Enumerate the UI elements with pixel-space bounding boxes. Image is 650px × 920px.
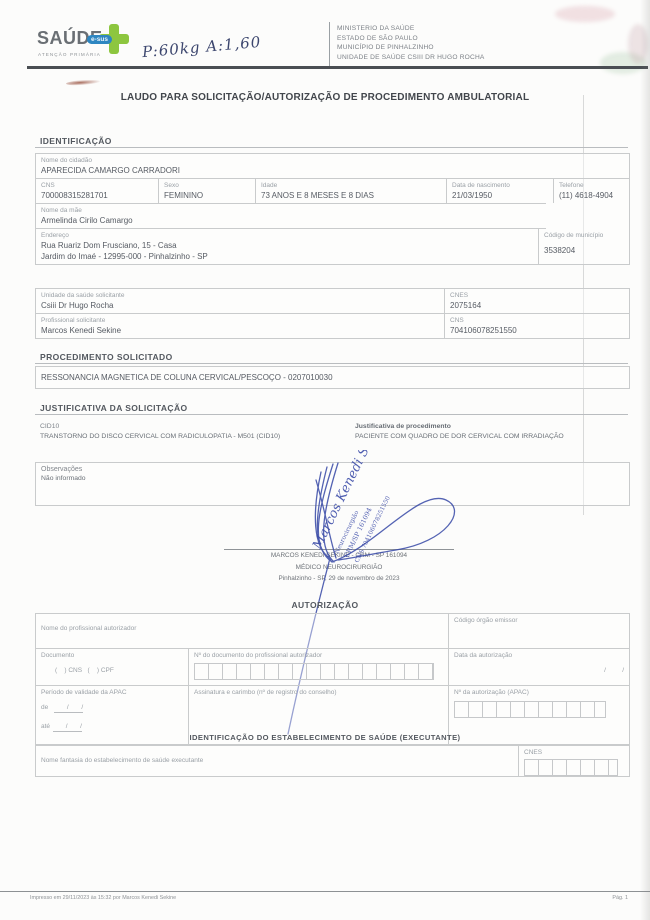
- identification-box: Nome do cidadão APARECIDA CAMARGO CARRAD…: [35, 153, 630, 265]
- signer-name-crm: MARCOS KENEDI SEKINE - CRM - SP 161094: [224, 550, 454, 562]
- field-unidade-solicitante: Unidade da saúde solicitante Csiii Dr Hu…: [36, 289, 444, 314]
- requester-right-col: CNES 2075164 CNS 704106078251550: [444, 289, 629, 338]
- field-nome-mae: Nome da mãe Armelinda Cirilo Camargo: [36, 203, 546, 229]
- field-nascimento: Data de nascimento 21/03/1950: [446, 179, 553, 203]
- field-sexo: Sexo FEMININO: [158, 179, 255, 203]
- section-identificacao: IDENTIFICAÇÃO: [40, 136, 112, 146]
- section-justificativa: JUSTIFICATIVA DA SOLICITAÇÃO: [40, 403, 188, 413]
- executant-box: Nome fantasia do estabelecimento de saúd…: [35, 745, 630, 777]
- section-underline: [35, 363, 628, 364]
- esus-logo-text: e-sus: [87, 35, 112, 44]
- field-num-documento: Nº do documento do profissional autoriza…: [188, 649, 448, 685]
- section-executante: IDENTIFICAÇÃO DO ESTABELECIMENTO DE SAÚD…: [0, 733, 650, 742]
- field-codigo-municipio: Código de município 3538204: [538, 229, 629, 264]
- periodo-de-mask: / /: [54, 703, 83, 713]
- org-line: ESTADO DE SÃO PAULO: [337, 34, 597, 44]
- signer-role: MÉDICO NEUROCIRURGIÃO: [224, 562, 454, 574]
- apac-number-cells: [454, 701, 606, 718]
- requester-box: Unidade da saúde solicitante Csiii Dr Hu…: [35, 288, 630, 339]
- footer-rule: [0, 891, 650, 892]
- field-nome-autorizador: Nome do profissional autorizador: [36, 614, 448, 648]
- procedure-box: RESSONANCIA MAGNETICA DE COLUNA CERVICAL…: [35, 366, 630, 389]
- scan-stain: [555, 6, 615, 22]
- scanned-laudo-document: SAÚDE e-sus ATENÇÃO PRIMÁRIA P:60kg A:1,…: [0, 0, 650, 920]
- signature-typed-block: MARCOS KENEDI SEKINE - CRM - SP 161094 M…: [224, 549, 454, 585]
- section-autorizacao: AUTORIZAÇÃO: [0, 600, 650, 610]
- document-number-cells: [194, 663, 434, 680]
- scan-stain: [628, 24, 648, 64]
- field-justificativa-procedimento: Justificativa de procedimento PACIENTE C…: [350, 420, 628, 444]
- identification-row-4: Endereço Rua Ruariz Dom Frusciano, 15 - …: [36, 229, 629, 264]
- field-data-autorizacao: Data da autorização / /: [448, 649, 629, 685]
- ink-smudge: [66, 79, 100, 86]
- authorization-row-2: Documento ( ) CNS ( ) CPF Nº do document…: [36, 648, 629, 685]
- periodo-ate-mask: / /: [53, 722, 82, 732]
- field-nome-cidadao: Nome do cidadão APARECIDA CAMARGO CARRAD…: [36, 154, 629, 178]
- header-divider: [329, 22, 330, 66]
- section-underline: [35, 147, 628, 148]
- page-title: LAUDO PARA SOLICITAÇÃO/AUTORIZAÇÃO DE PR…: [0, 92, 650, 103]
- identification-row-2: CNS 700008315281701 Sexo FEMININO Idade …: [36, 178, 629, 203]
- field-profissional-solicitante: Profissional solicitante Marcos Kenedi S…: [36, 314, 444, 338]
- documento-checkboxes: ( ) CNS ( ) CPF: [55, 666, 183, 675]
- field-cnes-solicitante: CNES 2075164: [445, 289, 629, 314]
- org-line: UNIDADE DE SAÚDE CSIII DR HUGO ROCHA: [337, 53, 597, 63]
- field-cnes-executante: CNES: [518, 746, 629, 776]
- org-line: MINISTERIO DA SAÚDE: [337, 24, 597, 34]
- field-cns: CNS 700008315281701: [36, 179, 158, 203]
- authorization-box: Nome do profissional autorizador Código …: [35, 613, 630, 745]
- field-idade: Idade 73 ANOS E 8 MESES E 8 DIAS: [255, 179, 446, 203]
- field-telefone: Telefone (11) 4618-4904: [553, 179, 629, 203]
- field-orgao-emissor: Código órgão emissor: [448, 614, 629, 648]
- field-documento: Documento ( ) CNS ( ) CPF: [36, 649, 188, 685]
- field-endereco: Endereço Rua Ruariz Dom Frusciano, 15 - …: [36, 229, 538, 264]
- field-cid10: CID10 TRANSTORNO DO DISCO CERVICAL COM R…: [35, 420, 350, 444]
- data-autorizacao-mask: / /: [454, 666, 624, 675]
- section-underline: [35, 414, 628, 415]
- signature-place-date: Pinhalzinho - SP, 29 de novembro de 2023: [224, 573, 454, 585]
- field-nome-fantasia: Nome fantasia do estabelecimento de saúd…: [36, 746, 518, 776]
- requester-grid: Unidade da saúde solicitante Csiii Dr Hu…: [36, 289, 629, 338]
- org-line: MUNICÍPIO DE PINHALZINHO: [337, 43, 597, 53]
- footer-page-number: Pág. 1: [612, 895, 628, 901]
- footer-printed-info: Impresso em 29/11/2023 às 15:32 por Marc…: [30, 895, 176, 901]
- field-cns-profissional: CNS 704106078251550: [445, 314, 629, 338]
- requester-left-col: Unidade da saúde solicitante Csiii Dr Hu…: [36, 289, 444, 338]
- justification-area: CID10 TRANSTORNO DO DISCO CERVICAL COM R…: [35, 420, 628, 444]
- authorization-row-1: Nome do profissional autorizador Código …: [36, 614, 629, 648]
- header-org-block: MINISTERIO DA SAÚDE ESTADO DE SÃO PAULO …: [337, 24, 597, 62]
- executant-row: Nome fantasia do estabelecimento de saúd…: [36, 746, 629, 776]
- cnes-cells: [524, 759, 618, 776]
- section-procedimento: PROCEDIMENTO SOLICITADO: [40, 352, 173, 362]
- observations-box: Observações Não informado: [35, 462, 630, 506]
- header-rule: [27, 66, 648, 69]
- logo-subtitle: ATENÇÃO PRIMÁRIA: [38, 52, 101, 57]
- procedure-value: RESSONANCIA MAGNETICA DE COLUNA CERVICAL…: [41, 369, 624, 386]
